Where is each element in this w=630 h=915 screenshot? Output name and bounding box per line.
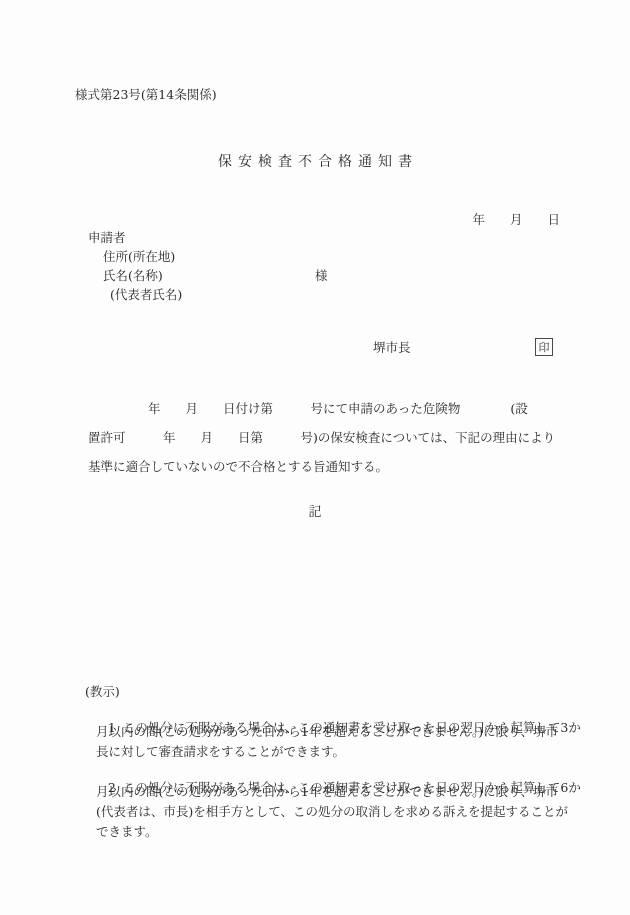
body-text-line-2: 置許可 年 月 日第 号)の保安検査については、下記の理由により: [88, 430, 555, 446]
honorific-sama: 様: [315, 268, 328, 284]
record-heading: 記: [0, 501, 630, 520]
document-page: 様式第23号(第14条関係) 保安検査不合格通知書 年 月 日 申請者 住所(所…: [0, 0, 630, 915]
issuer-mayor-name: 堺市長: [373, 340, 411, 356]
instructions-heading: (教示): [85, 684, 120, 700]
form-number: 様式第23号(第14条関係): [75, 85, 217, 103]
body-text-line-3: 基準に適合していないので不合格とする旨通知する。: [88, 459, 388, 475]
representative-name-label: (代表者氏名): [110, 287, 182, 303]
page-title: 保安検査不合格通知書: [0, 151, 630, 171]
instruction-item-1-line-3: 長に対して審査請求をすることができます。: [96, 744, 345, 760]
applicant-address-label: 住所(所在地): [103, 249, 175, 265]
applicant-label: 申請者: [88, 230, 126, 246]
issue-date-line: 年 月 日: [472, 210, 560, 228]
applicant-name-label: 氏名(名称): [103, 268, 163, 284]
instruction-item-2-line-4: できます。: [96, 824, 158, 840]
body-text-line-1: 年 月 日付け第 号にて申請のあった危険物 (設: [148, 401, 528, 417]
seal-mark: 印: [539, 339, 550, 355]
instruction-item-1-line-2: 月以内の間(この処分があった日から1年を超えることができません。)に限り、堺市: [96, 724, 558, 740]
instruction-item-2-line-3: (代表者は、市長)を相手方として、この処分の取消しを求める訴えを提起することが: [96, 804, 568, 820]
seal-placeholder-icon: 印: [535, 338, 553, 356]
instruction-item-2-line-2: 月以内の間(この処分があった日から1年を超えることができません。)に限り、堺市: [96, 784, 558, 800]
